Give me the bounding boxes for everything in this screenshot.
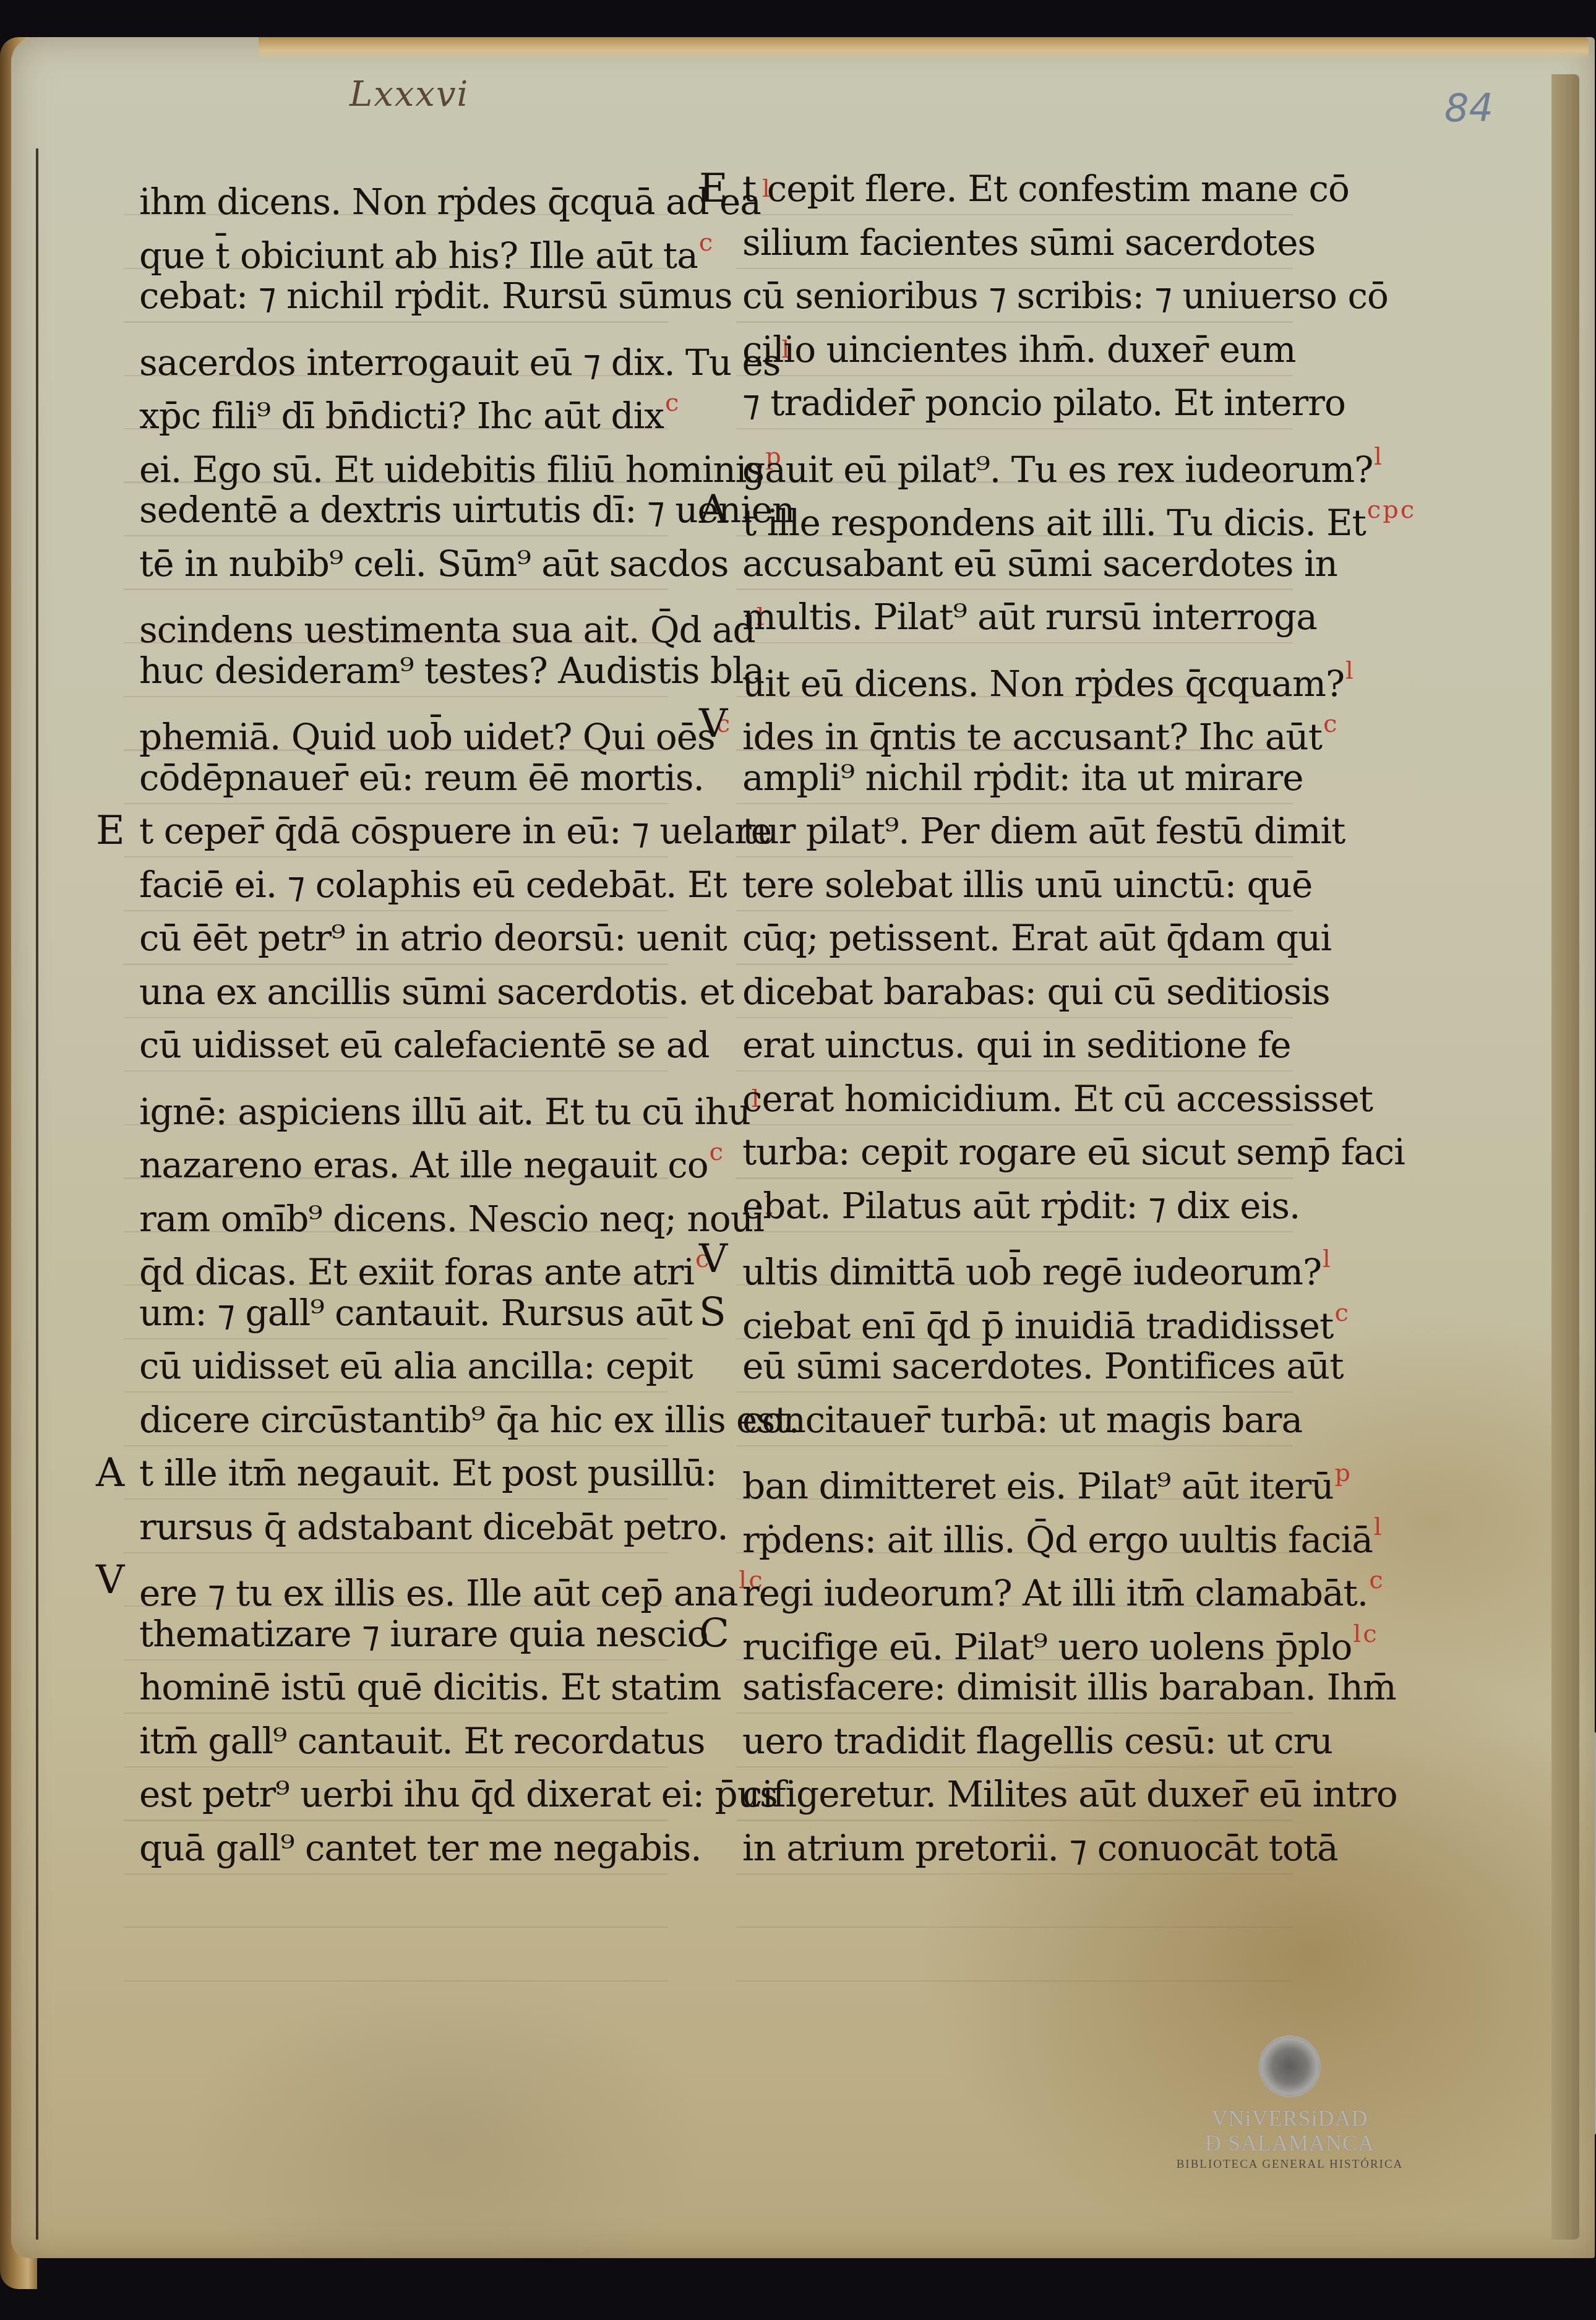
line-initial: S <box>699 1286 726 1340</box>
manuscript-line: satisfacere: dimisit illis baraban. Ihm̄ <box>711 1661 1305 1714</box>
line-initial: V <box>699 1232 727 1286</box>
manuscript-line: Vere ⁊ tu ex illis es. Ille aūt cep̄ ana… <box>108 1553 696 1607</box>
line-text: cōdēpnauer̄ eū: reum ēē mortis. <box>139 757 704 799</box>
manuscript-line: hominē istū quē dicitis. Et statim <box>108 1661 696 1714</box>
line-text: dicere circūstantib⁹ q̄a hic ex illis es… <box>139 1399 799 1441</box>
rubric-letter: c <box>1401 496 1414 524</box>
line-text: rursus q̄ adstabant dicebāt petro. <box>139 1506 728 1548</box>
rubric-letter: c <box>1363 1620 1376 1648</box>
manuscript-line: eū sūmi sacerdotes. Pontifices aūt <box>711 1339 1305 1393</box>
line-text: um: ⁊ gall⁹ cantauit. Rursus aūt <box>139 1292 692 1334</box>
line-text: est petr⁹ uerbi ihu q̄d dixerat ei: p̄us <box>139 1773 778 1815</box>
line-text: concitauer̄ turbā: ut magis bara <box>742 1399 1302 1441</box>
manuscript-line: uero tradidit flagellis cesū: ut cru <box>711 1714 1305 1768</box>
manuscript-line: faciē ei. ⁊ colaphis eū cedebāt. Et <box>108 858 696 912</box>
rubric-letter: c <box>699 228 712 257</box>
line-initial: V <box>96 1553 124 1607</box>
manuscript-line: gauit eū pilat⁹. Tu es rex iudeorum?l <box>711 430 1305 484</box>
line-text: cifigeretur. Milites aūt duxer̄ eū intro <box>742 1773 1397 1815</box>
manuscript-line: concitauer̄ turbā: ut magis bara <box>711 1393 1305 1447</box>
university-seal-icon <box>1259 2035 1321 2097</box>
line-text: una ex ancillis sūmi sacerdotis. et <box>139 971 734 1013</box>
line-text: quā gall⁹ cantet ter me negabis. <box>139 1827 701 1869</box>
line-initial: V <box>699 697 727 751</box>
manuscript-line: est petr⁹ uerbi ihu q̄d dixerat ei: p̄us <box>108 1768 696 1821</box>
manuscript-line: Vultis dimittā uob̄ regē iudeorum?l <box>711 1232 1305 1286</box>
manuscript-line: itm̄ gall⁹ cantauit. Et recordatus <box>108 1714 696 1768</box>
rubric-letter: c <box>1323 710 1336 738</box>
quire-mark: Lxxxvi <box>350 74 469 114</box>
line-text: hominē istū quē dicitis. Et statim <box>139 1666 721 1708</box>
rubric-letter: l <box>1323 1245 1330 1273</box>
manuscript-line: nazareno eras. At ille negauit coc <box>108 1125 696 1179</box>
manuscript-line: regi iudeorum? At illi itm̄ clamabāt.c <box>711 1553 1305 1607</box>
library-watermark: VNiVERSiDAD Ð SALAMANCA BIBLIOTECA GENER… <box>1148 2035 1432 2172</box>
line-text: ⁊ tradider̄ poncio pilato. Et interro <box>742 382 1345 424</box>
watermark-library-name: BIBLIOTECA GENERAL HISTÓRICA <box>1148 2158 1432 2172</box>
line-text: ampli⁹ nichil rṗdit: ita ut mirare <box>742 757 1303 799</box>
watermark-university-name: VNiVERSiDAD <box>1148 2106 1432 2131</box>
manuscript-line: ignē: aspiciens illū ait. Et tu cū ihul <box>108 1072 696 1126</box>
manuscript-line: phemiā. Quid uob̄ uidet? Qui oēsc <box>108 697 696 751</box>
manuscript-line: huc desideram⁹ testes? Audistis bla <box>108 644 696 698</box>
line-text: cū uidisset eū alia ancilla: cepit <box>139 1345 693 1387</box>
rubric-letter: l <box>1353 1620 1360 1648</box>
line-text: t ceper̄ q̄dā cōspuere in eū: ⁊ uelare <box>139 810 771 852</box>
manuscript-line: Vides in q̄ntis te accusant? Ihc aūtc <box>711 697 1305 751</box>
manuscript-line: tē in nubib⁹ celi. Sūm⁹ aūt sacdos <box>108 537 696 591</box>
manuscript-line: accusabant eū sūmi sacerdotes in <box>711 537 1305 591</box>
line-text: satisfacere: dimisit illis baraban. Ihm̄ <box>742 1666 1396 1708</box>
manuscript-line: que t̄ obiciunt ab his? Ille aūt tac <box>108 216 696 270</box>
rubric-letter: c <box>1369 1566 1382 1594</box>
manuscript-line: multis. Pilat⁹ aūt rursū interroga <box>711 590 1305 644</box>
line-text: uero tradidit flagellis cesū: ut cru <box>742 1720 1332 1762</box>
line-text: cū senioribus ⁊ scribis: ⁊ uniuerso cō <box>742 275 1388 317</box>
manuscript-line: ampli⁹ nichil rṗdit: ita ut mirare <box>711 751 1305 805</box>
line-text: cebat: ⁊ nichil rṗdit. Rursū sūmus <box>139 275 732 317</box>
folio-fore-edge <box>1551 74 1579 2240</box>
manuscript-line: tere solebat illis unū uinctū: quē <box>711 858 1305 912</box>
manuscript-line: dicebat barabas: qui cū seditiosis <box>711 965 1305 1019</box>
manuscript-line: sacerdos interrogauit eū ⁊ dix. Tu esl <box>108 323 696 377</box>
manuscript-line: thematizare ⁊ iurare quia nescio <box>108 1607 696 1661</box>
manuscript-line: cerat homicidium. Et cū accessisset <box>711 1072 1305 1126</box>
rubric-letter: p <box>1383 496 1398 524</box>
line-text: tere solebat illis unū uinctū: quē <box>742 864 1312 906</box>
manuscript-line: dicere circūstantib⁹ q̄a hic ex illis es… <box>108 1393 696 1447</box>
gutter-line <box>36 148 38 2240</box>
rubric-letter: l <box>1374 442 1381 471</box>
manuscript-line: ei. Ego sū. Et uidebitis filiū hominisp <box>108 430 696 484</box>
manuscript-line: scindens uestimenta sua ait. Q̄d adl <box>108 590 696 644</box>
line-text: accusabant eū sūmi sacerdotes in <box>742 543 1337 585</box>
line-initial: E <box>96 804 124 858</box>
manuscript-line: sedentē a dextris uirtutis dī: ⁊ uenien <box>108 483 696 537</box>
manuscript-line: Sciebat enī q̄d p̄ inuidiā tradidissetc <box>711 1286 1305 1340</box>
manuscript-line: ihm dicens. Non rṗdes q̄cquā ad eal <box>108 162 696 216</box>
manuscript-line: ⁊ tradider̄ poncio pilato. Et interro <box>711 376 1305 430</box>
line-initial: A <box>699 483 727 537</box>
manuscript-line: At ille itm̄ negauit. Et post pusillū: <box>108 1446 696 1500</box>
manuscript-line: q̄d dicas. Et exiit foras ante atric <box>108 1232 696 1286</box>
line-text: itm̄ gall⁹ cantauit. Et recordatus <box>139 1720 705 1762</box>
manuscript-line: cū ēēt petr⁹ in atrio deorsū: uenit <box>108 911 696 965</box>
manuscript-line: xp̄c fili⁹ dī bn̄dicti? Ihc aūt dixc <box>108 376 696 430</box>
manuscript-line: silium facientes sūmi sacerdotes <box>711 216 1305 270</box>
rubric-letter: l <box>1345 656 1353 685</box>
manuscript-line: Crucifige eū. Pilat⁹ uero uolens p̄plolc <box>711 1607 1305 1661</box>
text-column-right: Et cepit flere. Et confestim mane cōsili… <box>711 162 1305 1875</box>
line-initial: C <box>699 1607 729 1661</box>
manuscript-line: Et cepit flere. Et confestim mane cō <box>711 162 1305 216</box>
manuscript-line: una ex ancillis sūmi sacerdotis. et <box>108 965 696 1019</box>
manuscript-line: Et ceper̄ q̄dā cōspuere in eū: ⁊ uelare <box>108 804 696 858</box>
manuscript-line: turba: cepit rogare eū sicut semp̄ faci <box>711 1125 1305 1179</box>
rubric-letter: l <box>1374 1513 1381 1541</box>
line-text: erat uinctus. qui in seditione fe <box>742 1024 1291 1066</box>
manuscript-line: cōdēpnauer̄ eū: reum ēē mortis. <box>108 751 696 805</box>
manuscript-line: cūq; petissent. Erat aūt q̄dam qui <box>711 911 1305 965</box>
line-text: tē in nubib⁹ celi. Sūm⁹ aūt sacdos <box>139 543 728 585</box>
manuscript-line: cebat: ⁊ nichil rṗdit. Rursū sūmus <box>108 269 696 323</box>
line-text: multis. Pilat⁹ aūt rursū interroga <box>742 596 1317 638</box>
manuscript-line: um: ⁊ gall⁹ cantauit. Rursus aūt <box>108 1286 696 1340</box>
manuscript-line: tur pilat⁹. Per diem aūt festū dimit <box>711 804 1305 858</box>
manuscript-line: rṗdens: ait illis. Q̄d ergo uultis faciā… <box>711 1500 1305 1554</box>
line-text: cerat homicidium. Et cū accessisset <box>742 1078 1373 1120</box>
line-text: silium facientes sūmi sacerdotes <box>742 221 1315 264</box>
rubric-letter: c <box>1334 1299 1347 1327</box>
line-initial: E <box>699 162 727 216</box>
line-text: cilio uincientes ihm̄. duxer̄ eum <box>742 329 1295 371</box>
line-text: dicebat barabas: qui cū seditiosis <box>742 971 1330 1013</box>
line-text: cū ēēt petr⁹ in atrio deorsū: uenit <box>139 917 727 959</box>
line-text: cū uidisset eū calefacientē se ad <box>139 1024 710 1066</box>
line-text: faciē ei. ⁊ colaphis eū cedebāt. Et <box>139 864 727 906</box>
line-text: eū sūmi sacerdotes. Pontifices aūt <box>742 1345 1343 1387</box>
manuscript-line: cilio uincientes ihm̄. duxer̄ eum <box>711 323 1305 377</box>
line-text: t ille itm̄ negauit. Et post pusillū: <box>139 1452 716 1494</box>
line-initial: A <box>96 1446 124 1500</box>
line-text: ebat. Pilatus aūt rṗdit: ⁊ dix eis. <box>742 1185 1300 1227</box>
manuscript-line: erat uinctus. qui in seditione fe <box>711 1018 1305 1072</box>
rubric-letter: c <box>1367 496 1380 524</box>
line-text: t cepit flere. Et confestim mane cō <box>742 168 1349 210</box>
manuscript-line: cū uidisset eū alia ancilla: cepit <box>108 1339 696 1393</box>
rubric-letter: c <box>665 389 678 417</box>
manuscript-line: quā gall⁹ cantet ter me negabis. <box>108 1821 696 1875</box>
manuscript-line: rursus q̄ adstabant dicebāt petro. <box>108 1500 696 1554</box>
folio-number: 84 <box>1444 85 1493 131</box>
manuscript-line: cū senioribus ⁊ scribis: ⁊ uniuerso cō <box>711 269 1305 323</box>
manuscript-line: uit eū dicens. Non rṗdes q̄cquam?l <box>711 644 1305 698</box>
text-column-left: ihm dicens. Non rṗdes q̄cquā ad ealque t… <box>108 162 696 1875</box>
line-text: tur pilat⁹. Per diem aūt festū dimit <box>742 810 1345 852</box>
line-text: thematizare ⁊ iurare quia nescio <box>139 1613 708 1655</box>
watermark-city-name: Ð SALAMANCA <box>1148 2131 1432 2155</box>
manuscript-line: ram omīb⁹ dicens. Nescio neq; nouil <box>108 1179 696 1233</box>
line-text: cūq; petissent. Erat aūt q̄dam qui <box>742 917 1331 959</box>
manuscript-line: ebat. Pilatus aūt rṗdit: ⁊ dix eis. <box>711 1179 1305 1233</box>
manuscript-line: At ille respondens ait illi. Tu dicis. E… <box>711 483 1305 537</box>
line-text: sedentē a dextris uirtutis dī: ⁊ uenien <box>139 489 794 531</box>
manuscript-line: in atrium pretorii. ⁊ conuocāt totā <box>711 1821 1305 1875</box>
manuscript-line: cifigeretur. Milites aūt duxer̄ eū intro <box>711 1768 1305 1821</box>
line-text: turba: cepit rogare eū sicut semp̄ faci <box>742 1131 1405 1173</box>
manuscript-line: cū uidisset eū calefacientē se ad <box>108 1018 696 1072</box>
line-text: in atrium pretorii. ⁊ conuocāt totā <box>742 1827 1338 1869</box>
rubric-letter: p <box>1335 1459 1350 1487</box>
manuscript-line: ban dimitteret eis. Pilat⁹ aūt iterūp <box>711 1446 1305 1500</box>
line-text: huc desideram⁹ testes? Audistis bla <box>139 650 764 692</box>
